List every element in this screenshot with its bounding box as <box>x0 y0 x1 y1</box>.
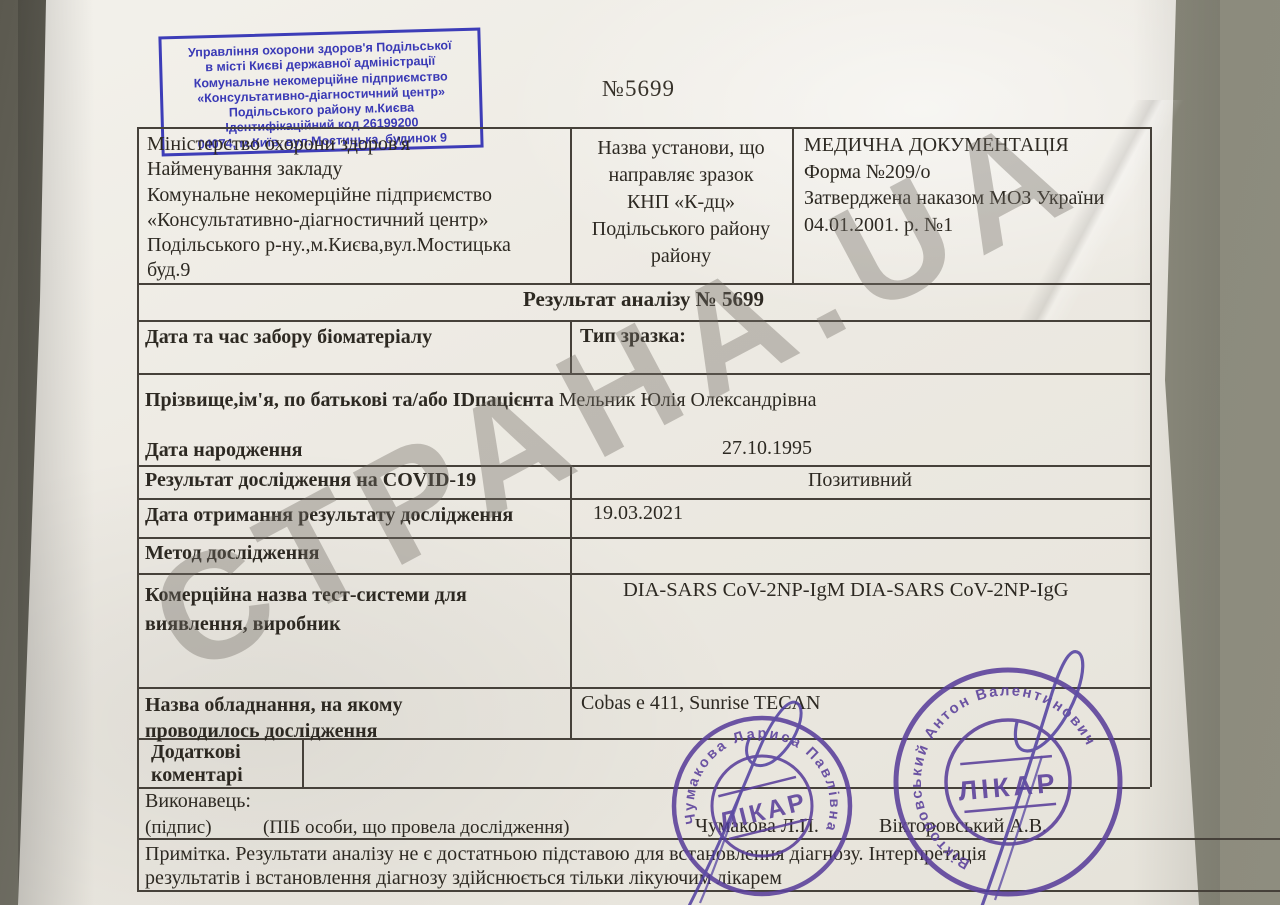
method-label: Метод дослідження <box>145 542 319 565</box>
header-institution-cell: Міністерство охорони здоров'я Найменуван… <box>147 132 563 284</box>
table-border <box>137 465 1150 467</box>
photo-of-medical-document: Управління охорони здоров'я Подільської … <box>0 0 1280 905</box>
institution-line: буд.9 <box>147 258 563 283</box>
birth-date-label: Дата народження <box>145 439 302 462</box>
executor-name-2: Вікторовський А.В. <box>879 815 1047 838</box>
patient-name: Мельник Юлія Олександрівна <box>559 389 817 411</box>
note-line-1: Примітка. Результати аналізу не є достат… <box>145 843 986 866</box>
comments-label: Додаткові коментарі <box>151 741 281 787</box>
equipment-value: Cobas e 411, Sunrise TECAN <box>581 692 820 715</box>
document-number: №5699 <box>602 76 675 102</box>
paper-shadow-left <box>18 0 108 905</box>
table-border <box>137 537 1150 539</box>
result-title: Результат аналізу № 5699 <box>137 287 1150 312</box>
header-referrer-cell: Назва установи, що направляє зразок КНП … <box>572 135 790 270</box>
equipment-label: Назва обладнання, на якому проводилось д… <box>145 692 515 744</box>
table-border <box>137 373 1150 375</box>
table-border <box>570 320 572 373</box>
table-border <box>137 498 1150 500</box>
institution-line: Подільського р-ну.,м.Києва,вул.Мостицька <box>147 233 563 258</box>
sampling-label: Дата та час забору біоматеріалу <box>145 325 445 349</box>
institution-line: Комунальне некомерційне підприємство <box>147 183 563 208</box>
meddoc-line: Затверджена наказом МОЗ України <box>804 185 1148 212</box>
table-border <box>792 127 794 283</box>
referrer-line: району <box>572 243 790 270</box>
person-caption: (ПІБ особи, що провела дослідження) <box>263 817 570 839</box>
meddoc-line: МЕДИЧНА ДОКУМЕНТАЦІЯ <box>804 132 1148 159</box>
table-border <box>302 738 304 787</box>
table-border <box>137 127 139 890</box>
table-border <box>137 687 1150 689</box>
institution-line: Найменування закладу <box>147 157 563 182</box>
executor-label: Виконавець: <box>145 790 251 813</box>
test-system-value: DIA-SARS CoV-2NP-IgM DIA-SARS CoV-2NP-Ig… <box>623 579 1148 602</box>
result-date-value: 19.03.2021 <box>593 502 683 525</box>
signature-caption: (підпис) <box>145 817 212 839</box>
institution-line: «Консультативно-діагностичний центр» <box>147 208 563 233</box>
patient-label: Прізвище,ім'я, по батькові та/або IDпаці… <box>145 389 554 411</box>
sample-type-label: Тип зразка: <box>580 325 686 348</box>
patient-row: Прізвище,ім'я, по батькові та/або IDпаці… <box>145 389 1145 412</box>
executor-name-1: Чумакова Л.П. <box>695 815 819 838</box>
test-system-label: Комерційна назва тест-системи для виявле… <box>145 581 545 639</box>
header-meddoc-cell: МЕДИЧНА ДОКУМЕНТАЦІЯ Форма №209/о Затвер… <box>804 132 1148 238</box>
table-border <box>137 787 1150 789</box>
table-border <box>137 320 1150 322</box>
note-underline <box>137 890 1280 892</box>
covid-result-value: Позитивний <box>570 469 1150 492</box>
referrer-line: направляє зразок <box>572 162 790 189</box>
table-border <box>570 465 572 738</box>
referrer-line: Назва установи, що <box>572 135 790 162</box>
table-border <box>1150 127 1152 787</box>
table-border <box>137 573 1150 575</box>
meddoc-line: 04.01.2001. р. №1 <box>804 212 1148 239</box>
table-border <box>137 127 1150 129</box>
covid-result-label: Результат дослідження на COVID-19 <box>145 469 476 492</box>
meddoc-line: Форма №209/о <box>804 159 1148 186</box>
referrer-line: КНП «К-дц» <box>572 189 790 216</box>
birth-date-value: 27.10.1995 <box>657 437 877 460</box>
institution-line: Міністерство охорони здоров'я <box>147 132 563 157</box>
note-line-2: результатів і встановлення діагнозу здій… <box>145 867 782 890</box>
referrer-line: Подільського району <box>572 216 790 243</box>
result-date-label: Дата отримання результату дослідження <box>145 504 513 527</box>
